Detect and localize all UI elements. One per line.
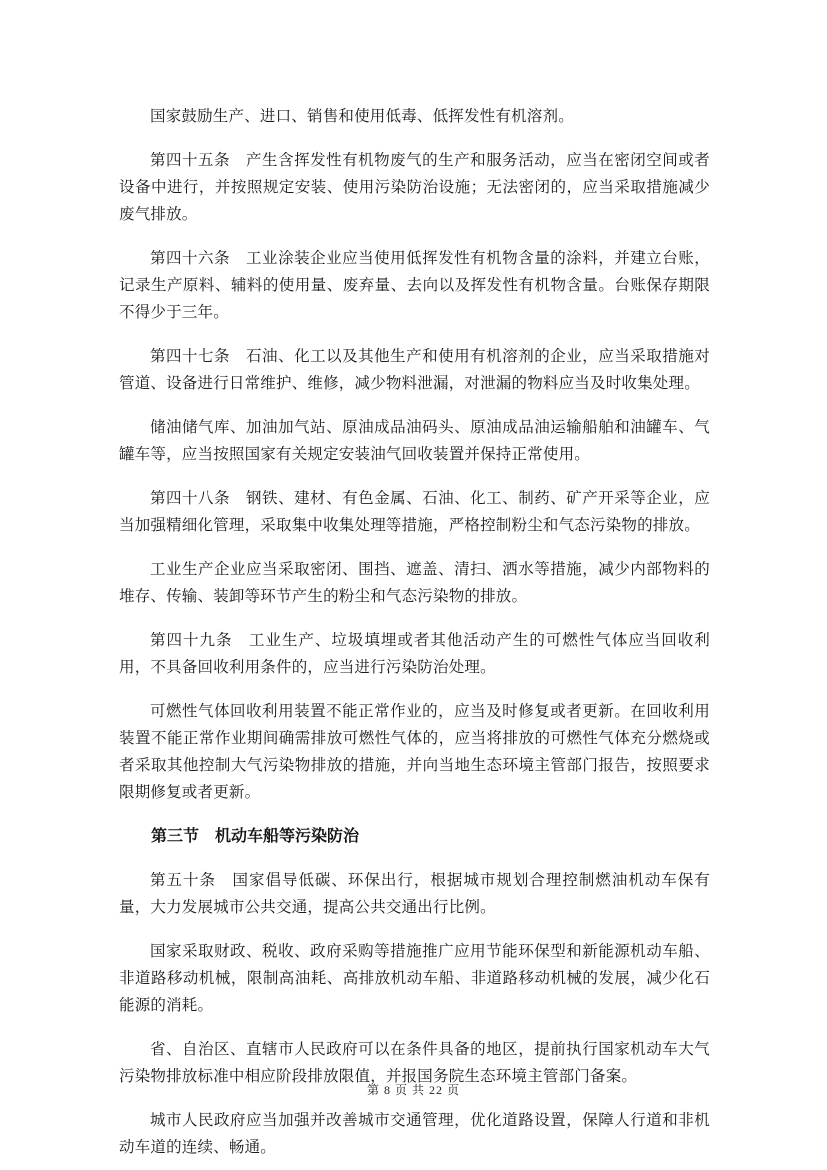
paragraph: 储油储气库、加油加气站、原油成品油码头、原油成品油运输船舶和油罐车、气罐车等，应… (119, 414, 710, 468)
paragraph: 城市人民政府应当加强并改善城市交通管理，优化道路设置，保障人行道和非机动车道的连… (119, 1107, 710, 1161)
paragraph-article-45: 第四十五条 产生含挥发性有机物废气的生产和服务活动，应当在密闭空间或者设备中进行… (119, 147, 710, 228)
paragraph-article-50: 第五十条 国家倡导低碳、环保出行，根据城市规划合理控制燃油机动车保有量，大力发展… (119, 867, 710, 921)
paragraph: 可燃性气体回收利用装置不能正常作业的，应当及时修复或者更新。在回收利用装置不能正… (119, 698, 710, 806)
paragraph-article-46: 第四十六条 工业涂装企业应当使用低挥发性有机物含量的涂料，并建立台账，记录生产原… (119, 245, 710, 326)
paragraph: 国家采取财政、税收、政府采购等措施推广应用节能环保型和新能源机动车船、非道路移动… (119, 938, 710, 1019)
paragraph: 工业生产企业应当采取密闭、围挡、遮盖、清扫、洒水等措施，减少内部物料的堆存、传输… (119, 556, 710, 610)
paragraph-article-47: 第四十七条 石油、化工以及其他生产和使用有机溶剂的企业，应当采取措施对管道、设备… (119, 343, 710, 397)
document-body: 国家鼓励生产、进口、销售和使用低毒、低挥发性有机溶剂。 第四十五条 产生含挥发性… (119, 103, 710, 1170)
section-heading: 第三节 机动车船等污染防治 (119, 823, 710, 850)
paragraph: 国家鼓励生产、进口、销售和使用低毒、低挥发性有机溶剂。 (119, 103, 710, 130)
page-footer: 第 8 页 共 22 页 (0, 1081, 827, 1099)
paragraph-article-49: 第四十九条 工业生产、垃圾填埋或者其他活动产生的可燃性气体应当回收利用，不具备回… (119, 627, 710, 681)
paragraph-article-48: 第四十八条 钢铁、建材、有色金属、石油、化工、制药、矿产开采等企业，应当加强精细… (119, 485, 710, 539)
document-page: 国家鼓励生产、进口、销售和使用低毒、低挥发性有机溶剂。 第四十五条 产生含挥发性… (0, 0, 827, 1170)
